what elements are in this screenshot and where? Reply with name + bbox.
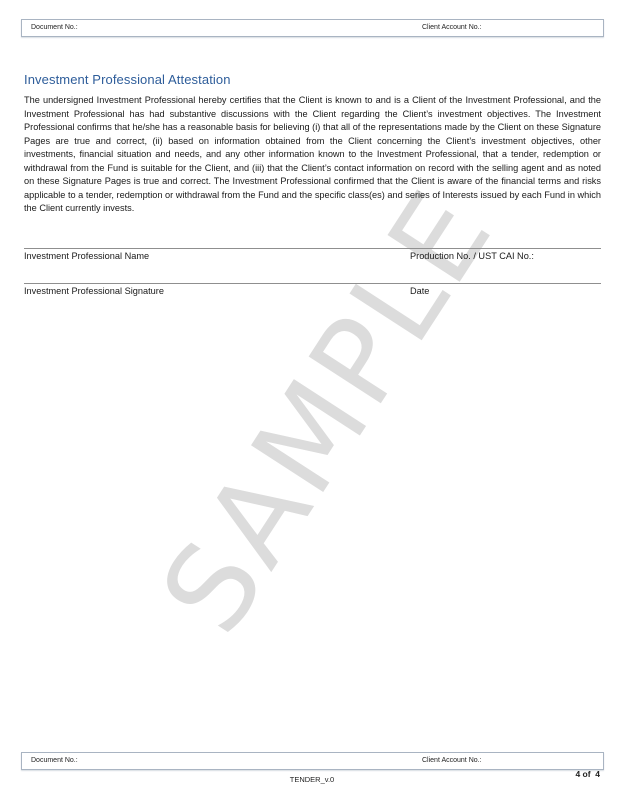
investment-professional-signature-label: Investment Professional Signature xyxy=(24,286,164,296)
section-title: Investment Professional Attestation xyxy=(24,72,231,87)
investment-professional-name-label: Investment Professional Name xyxy=(24,251,149,261)
signature-date-line[interactable] xyxy=(24,283,601,284)
header-document-no-label: Document No.: xyxy=(31,24,78,31)
sample-watermark: SAMPLE xyxy=(134,212,489,656)
footer-document-no-label: Document No.: xyxy=(31,757,78,764)
name-signature-line[interactable] xyxy=(24,248,601,249)
attestation-body-text: The undersigned Investment Professional … xyxy=(24,94,601,216)
production-no-label: Production No. / UST CAI No.: xyxy=(410,251,534,261)
header-client-account-no-label: Client Account No.: xyxy=(422,24,482,31)
date-label: Date xyxy=(410,286,429,296)
form-code: TENDER_v.0 xyxy=(0,775,624,784)
page-indicator: 4 of 4 xyxy=(575,769,600,779)
footer-client-account-no-label: Client Account No.: xyxy=(422,757,482,764)
page-footer-box: Document No.: Client Account No.: xyxy=(21,752,604,770)
page-header-box: Document No.: Client Account No.: xyxy=(21,19,604,37)
